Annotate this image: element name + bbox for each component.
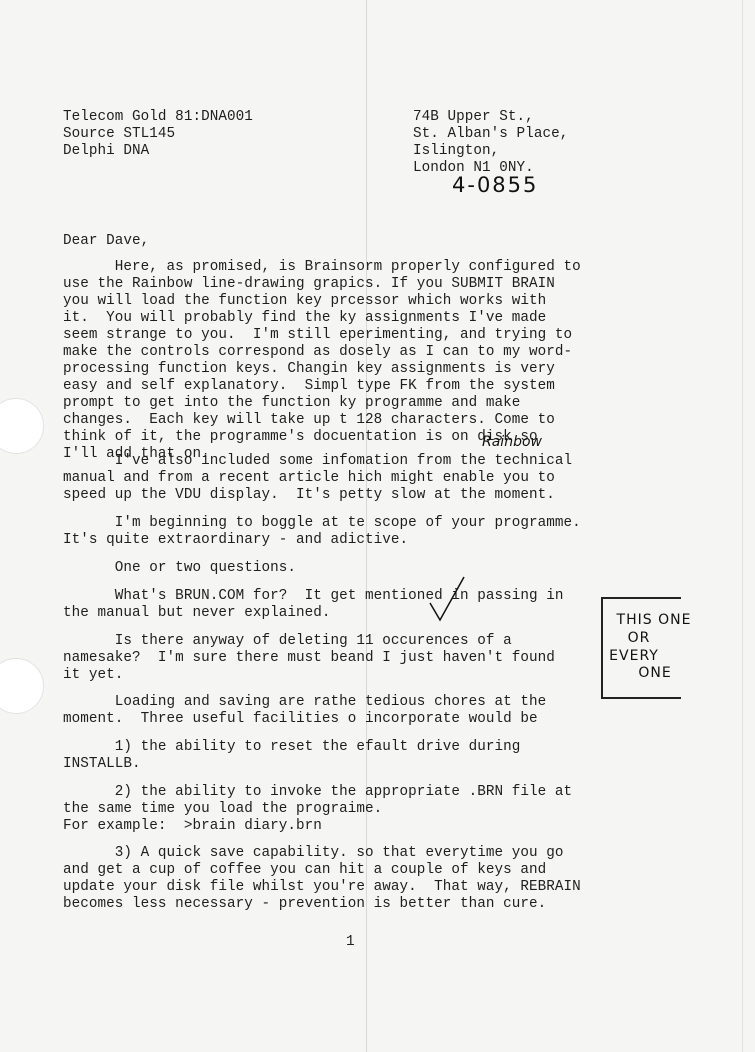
body-line: prompt to get into the function ky progr… xyxy=(63,395,520,412)
body-line: manual and from a recent article hich mi… xyxy=(63,470,555,487)
body-line: seem strange to you. I'm still eperiment… xyxy=(63,327,572,344)
margin-note-line: EVERY xyxy=(604,648,664,664)
body-line: you will load the function key prcessor … xyxy=(63,293,546,310)
sender-line: Telecom Gold 81:DNA001 xyxy=(63,109,253,126)
body-line: namesake? I'm sure there must beand I ju… xyxy=(63,650,555,667)
body-line: One or two questions. xyxy=(63,560,296,577)
punch-hole-bottom xyxy=(0,658,44,714)
address-line: Islington, xyxy=(413,143,499,160)
body-line: 3) A quick save capability. so that ever… xyxy=(63,845,564,862)
body-line: becomes less necessary - prevention is b… xyxy=(63,896,546,913)
body-line: it. You will probably find the ky assign… xyxy=(63,310,546,327)
sender-line: Source STL145 xyxy=(63,126,175,143)
letter-page: Telecom Gold 81:DNA001 Source STL145 Del… xyxy=(0,0,755,1052)
body-line: and get a cup of coffee you can hit a co… xyxy=(63,862,546,879)
body-line: moment. Three useful facilities o incorp… xyxy=(63,711,538,728)
body-line: For example: >brain diary.brn xyxy=(63,818,322,835)
body-line: 1) the ability to reset the efault drive… xyxy=(63,739,520,756)
body-line: I'm beginning to boggle at te scope of y… xyxy=(63,515,581,532)
handwritten-annotation: Rainbow xyxy=(482,434,542,450)
body-line: INSTALLB. xyxy=(63,756,141,773)
body-line: easy and self explanatory. Simpl type FK… xyxy=(63,378,555,395)
page-number: 1 xyxy=(346,934,355,951)
body-line: use the Rainbow line-drawing grapics. If… xyxy=(63,276,555,293)
body-line: the same time you load the prograime. xyxy=(63,801,382,818)
address-line: 74B Upper St., xyxy=(413,109,534,126)
body-line: 2) the ability to invoke the appropriate… xyxy=(63,784,572,801)
body-line: Here, as promised, is Brainsorm properly… xyxy=(63,259,581,276)
body-line: It's quite extraordinary - and adictive. xyxy=(63,532,408,549)
body-line: think of it, the programme's docuentatio… xyxy=(63,429,538,446)
punch-hole-top xyxy=(0,398,44,454)
body-line: I've also included some infomation from … xyxy=(63,453,572,470)
body-line: speed up the VDU display. It's petty slo… xyxy=(63,487,555,504)
body-line: it yet. xyxy=(63,667,123,684)
address-line: St. Alban's Place, xyxy=(413,126,568,143)
margin-note-line: OR xyxy=(604,630,674,646)
body-line: processing function keys. Changin key as… xyxy=(63,361,555,378)
body-line: Is there anyway of deleting 11 occurence… xyxy=(63,633,512,650)
margin-note-line: THIS ONE xyxy=(604,612,704,628)
body-line: Loading and saving are rathe tedious cho… xyxy=(63,694,546,711)
margin-note-line: ONE xyxy=(625,665,685,681)
page-edge xyxy=(742,0,743,1052)
checkmark-icon xyxy=(428,575,468,625)
body-line: update your disk file whilst you're away… xyxy=(63,879,581,896)
salutation: Dear Dave, xyxy=(63,233,149,250)
body-line: make the controls correspond as dosely a… xyxy=(63,344,572,361)
handwritten-phone: 4-0855 xyxy=(452,173,538,197)
body-line: What's BRUN.COM for? It get mentioned in… xyxy=(63,588,564,605)
sender-line: Delphi DNA xyxy=(63,143,149,160)
body-line: changes. Each key will take up t 128 cha… xyxy=(63,412,555,429)
body-line: the manual but never explained. xyxy=(63,605,331,622)
